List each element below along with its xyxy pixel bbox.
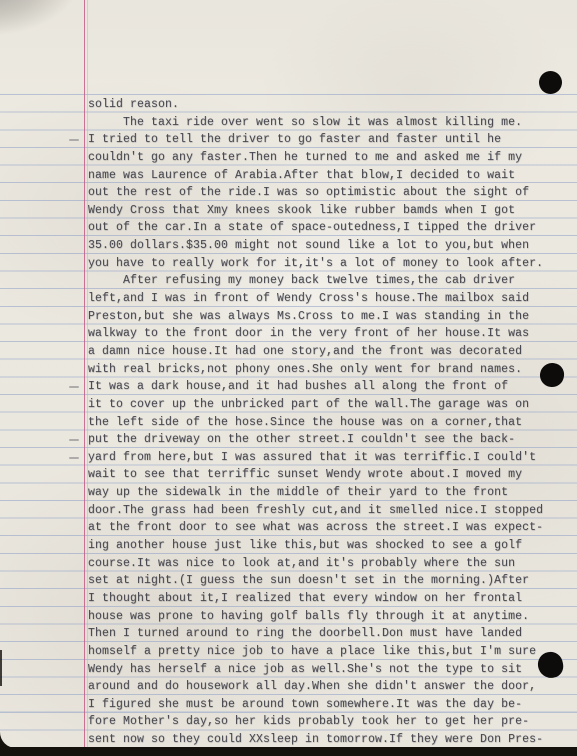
- text-line: The taxi ride over went so slow it was a…: [88, 114, 558, 132]
- text-line: house was prone to having golf balls fly…: [88, 608, 558, 626]
- scan-edge-band: [0, 747, 577, 756]
- pencil-margin-mark: [69, 457, 79, 459]
- text-line: course.It was nice to look at,and it's p…: [88, 555, 558, 573]
- text-line: a damn nice house.It had one story,and t…: [88, 343, 558, 361]
- text-line: Preston,but she was always Ms.Cross to m…: [88, 308, 558, 326]
- text-line: I figured she must be around town somewh…: [88, 696, 558, 714]
- paper-sheet: solid reason. The taxi ride over went so…: [0, 0, 577, 748]
- pencil-margin-mark: [69, 386, 79, 388]
- text-line: around and do housework all day.When she…: [88, 678, 558, 696]
- text-line: yard from here,but I was assured that it…: [88, 449, 558, 467]
- text-line: the left side of the hose.Since the hous…: [88, 414, 558, 432]
- text-line: It was a dark house,and it had bushes al…: [88, 378, 558, 396]
- text-line: fore Mother's day,so her kids probably t…: [88, 713, 558, 731]
- text-line: solid reason.: [88, 96, 558, 114]
- text-line: put the driveway on the other street.I c…: [88, 431, 558, 449]
- pencil-margin-mark: [69, 439, 79, 441]
- text-line: out the rest of the ride.I was so optimi…: [88, 184, 558, 202]
- text-line: you have to really work for it,it's a lo…: [88, 255, 558, 273]
- text-line: out of the car.In a state of space-outed…: [88, 219, 558, 237]
- text-line: door.The grass had been freshly cut,and …: [88, 502, 558, 520]
- text-line: Then I turned around to ring the doorbel…: [88, 625, 558, 643]
- text-line: set at night.(I guess the sun doesn't se…: [88, 572, 558, 590]
- text-line: couldn't go any faster.Then he turned to…: [88, 149, 558, 167]
- text-line: ing another house just like this,but was…: [88, 537, 558, 555]
- punch-hole-top: [539, 71, 562, 94]
- text-line: I thought about it,I realized that every…: [88, 590, 558, 608]
- text-line: left,and I was in front of Wendy Cross's…: [88, 290, 558, 308]
- text-line: walkway to the front door in the very fr…: [88, 325, 558, 343]
- margin-line: [84, 0, 85, 748]
- pencil-margin-mark: [69, 139, 79, 141]
- text-line: Wendy has herself a nice job as well.She…: [88, 661, 558, 679]
- text-line: Wendy Cross that Xmy knees skook like ru…: [88, 202, 558, 220]
- text-line: at the front door to see what was across…: [88, 519, 558, 537]
- scanned-page-background: { "page": { "kind": "typewritten letter …: [0, 0, 577, 756]
- scan-edge-sliver: [0, 650, 2, 686]
- text-line: it to cover up the unbricked part of the…: [88, 396, 558, 414]
- page-corner-shadow: [0, 0, 150, 100]
- text-line: with real bricks,not phony ones.She only…: [88, 361, 558, 379]
- text-line: way up the sidewalk in the middle of the…: [88, 484, 558, 502]
- text-line: I tried to tell the driver to go faster …: [88, 131, 558, 149]
- text-line: After refusing my money back twelve time…: [88, 272, 558, 290]
- text-line: name was Laurence of Arabia.After that b…: [88, 167, 558, 185]
- text-line: homself a pretty nice job to have a plac…: [88, 643, 558, 661]
- text-line: sent now so they could XXsleep in tomorr…: [88, 731, 558, 748]
- text-line: wait to see that terriffic sunset Wendy …: [88, 466, 558, 484]
- text-block: solid reason. The taxi ride over went so…: [88, 96, 558, 748]
- text-line: 35.00 dollars.$35.00 might not sound lik…: [88, 237, 558, 255]
